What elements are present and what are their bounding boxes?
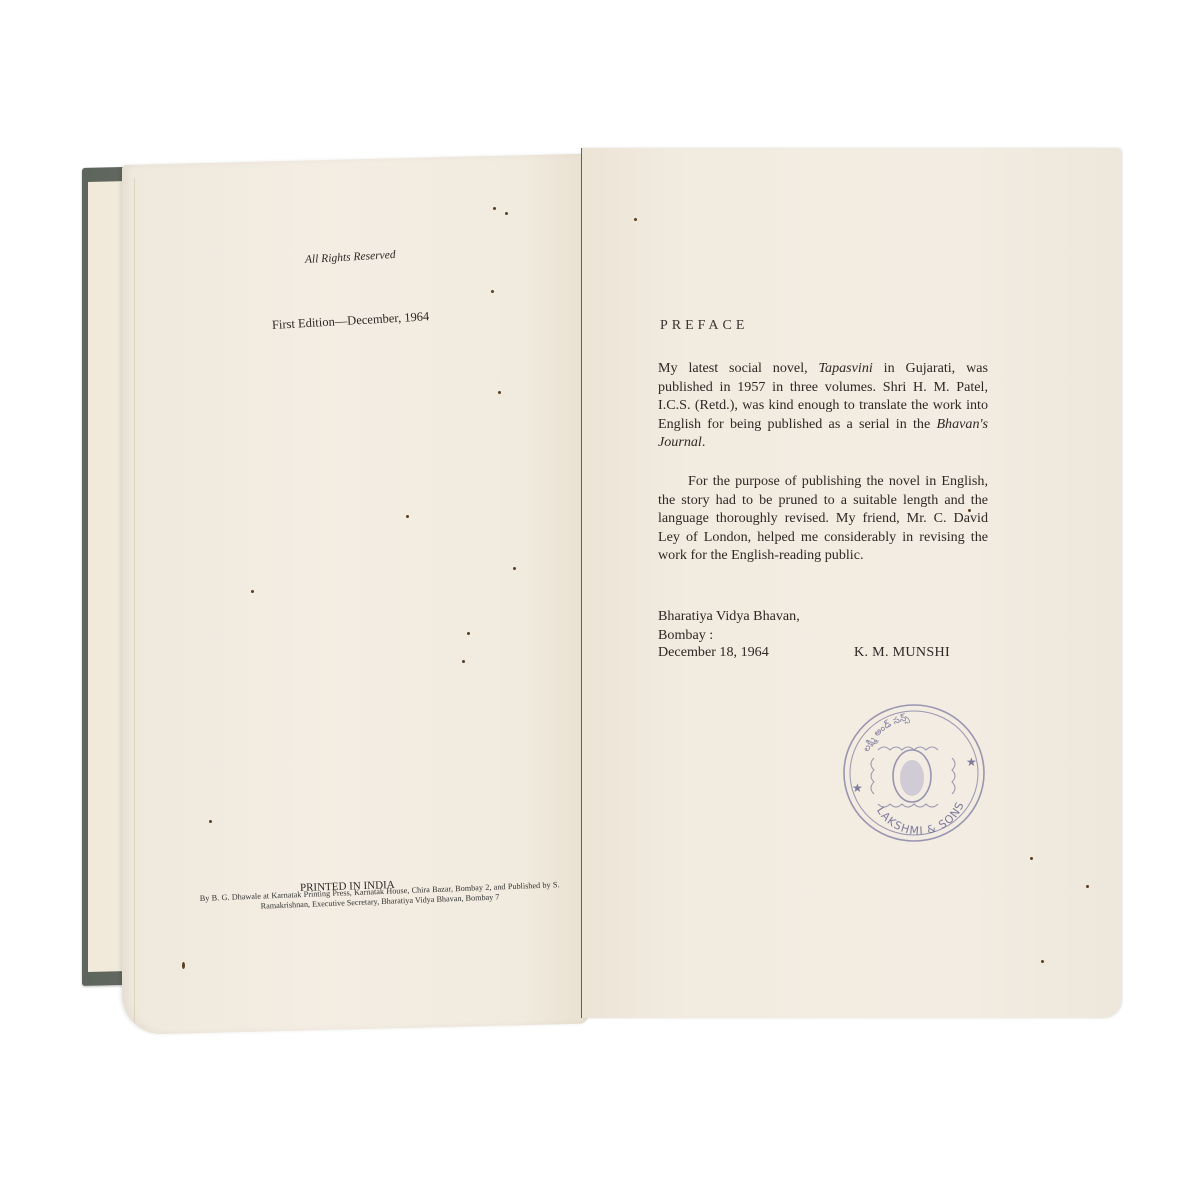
foxing-spot <box>634 218 637 221</box>
signature-author: K. M. MUNSHI <box>854 644 950 661</box>
star-icon: ★ <box>966 755 977 769</box>
bookseller-stamp: లక్ష్మి అండ్ సన్స్ LAKSHMI & SONS ★ ★ <box>838 700 988 846</box>
signature-date: December 18, 1964 <box>658 644 769 661</box>
foxing-spot <box>491 290 494 293</box>
foxing-spot <box>462 660 465 663</box>
preface-paragraph-2: For the purpose of publishing the novel … <box>658 472 988 565</box>
paragraph-text: . <box>702 434 706 450</box>
foxing-spot <box>209 820 212 823</box>
preface-paragraph-1: My latest social novel, Tapasvini in Guj… <box>658 359 988 452</box>
foxing-spot <box>968 509 971 512</box>
signature-institution: Bharatiya Vidya Bhavan, <box>658 607 800 626</box>
star-icon: ★ <box>852 781 863 795</box>
novel-title: Tapasvini <box>819 360 873 376</box>
foxing-spot <box>406 515 409 518</box>
signature-place: Bharatiya Vidya Bhavan, Bombay : <box>658 607 800 644</box>
foxing-spot <box>505 212 508 215</box>
foxing-spot <box>1030 857 1033 860</box>
right-page <box>581 148 1121 1018</box>
foxing-spot <box>467 632 470 635</box>
preface-heading: PREFACE <box>660 318 748 334</box>
foxing-spot <box>1086 885 1089 888</box>
foxing-spot <box>1041 960 1044 963</box>
paragraph-text: My latest social novel, <box>658 360 819 376</box>
foxing-spot <box>251 590 254 593</box>
foxing-spot <box>498 391 501 394</box>
stamp-icon: లక్ష్మి అండ్ సన్స్ LAKSHMI & SONS ★ ★ <box>838 700 988 846</box>
foxing-spot <box>182 962 185 969</box>
signature-city: Bombay : <box>658 626 800 645</box>
foxing-spot <box>493 207 496 210</box>
foxing-spot <box>513 567 516 570</box>
